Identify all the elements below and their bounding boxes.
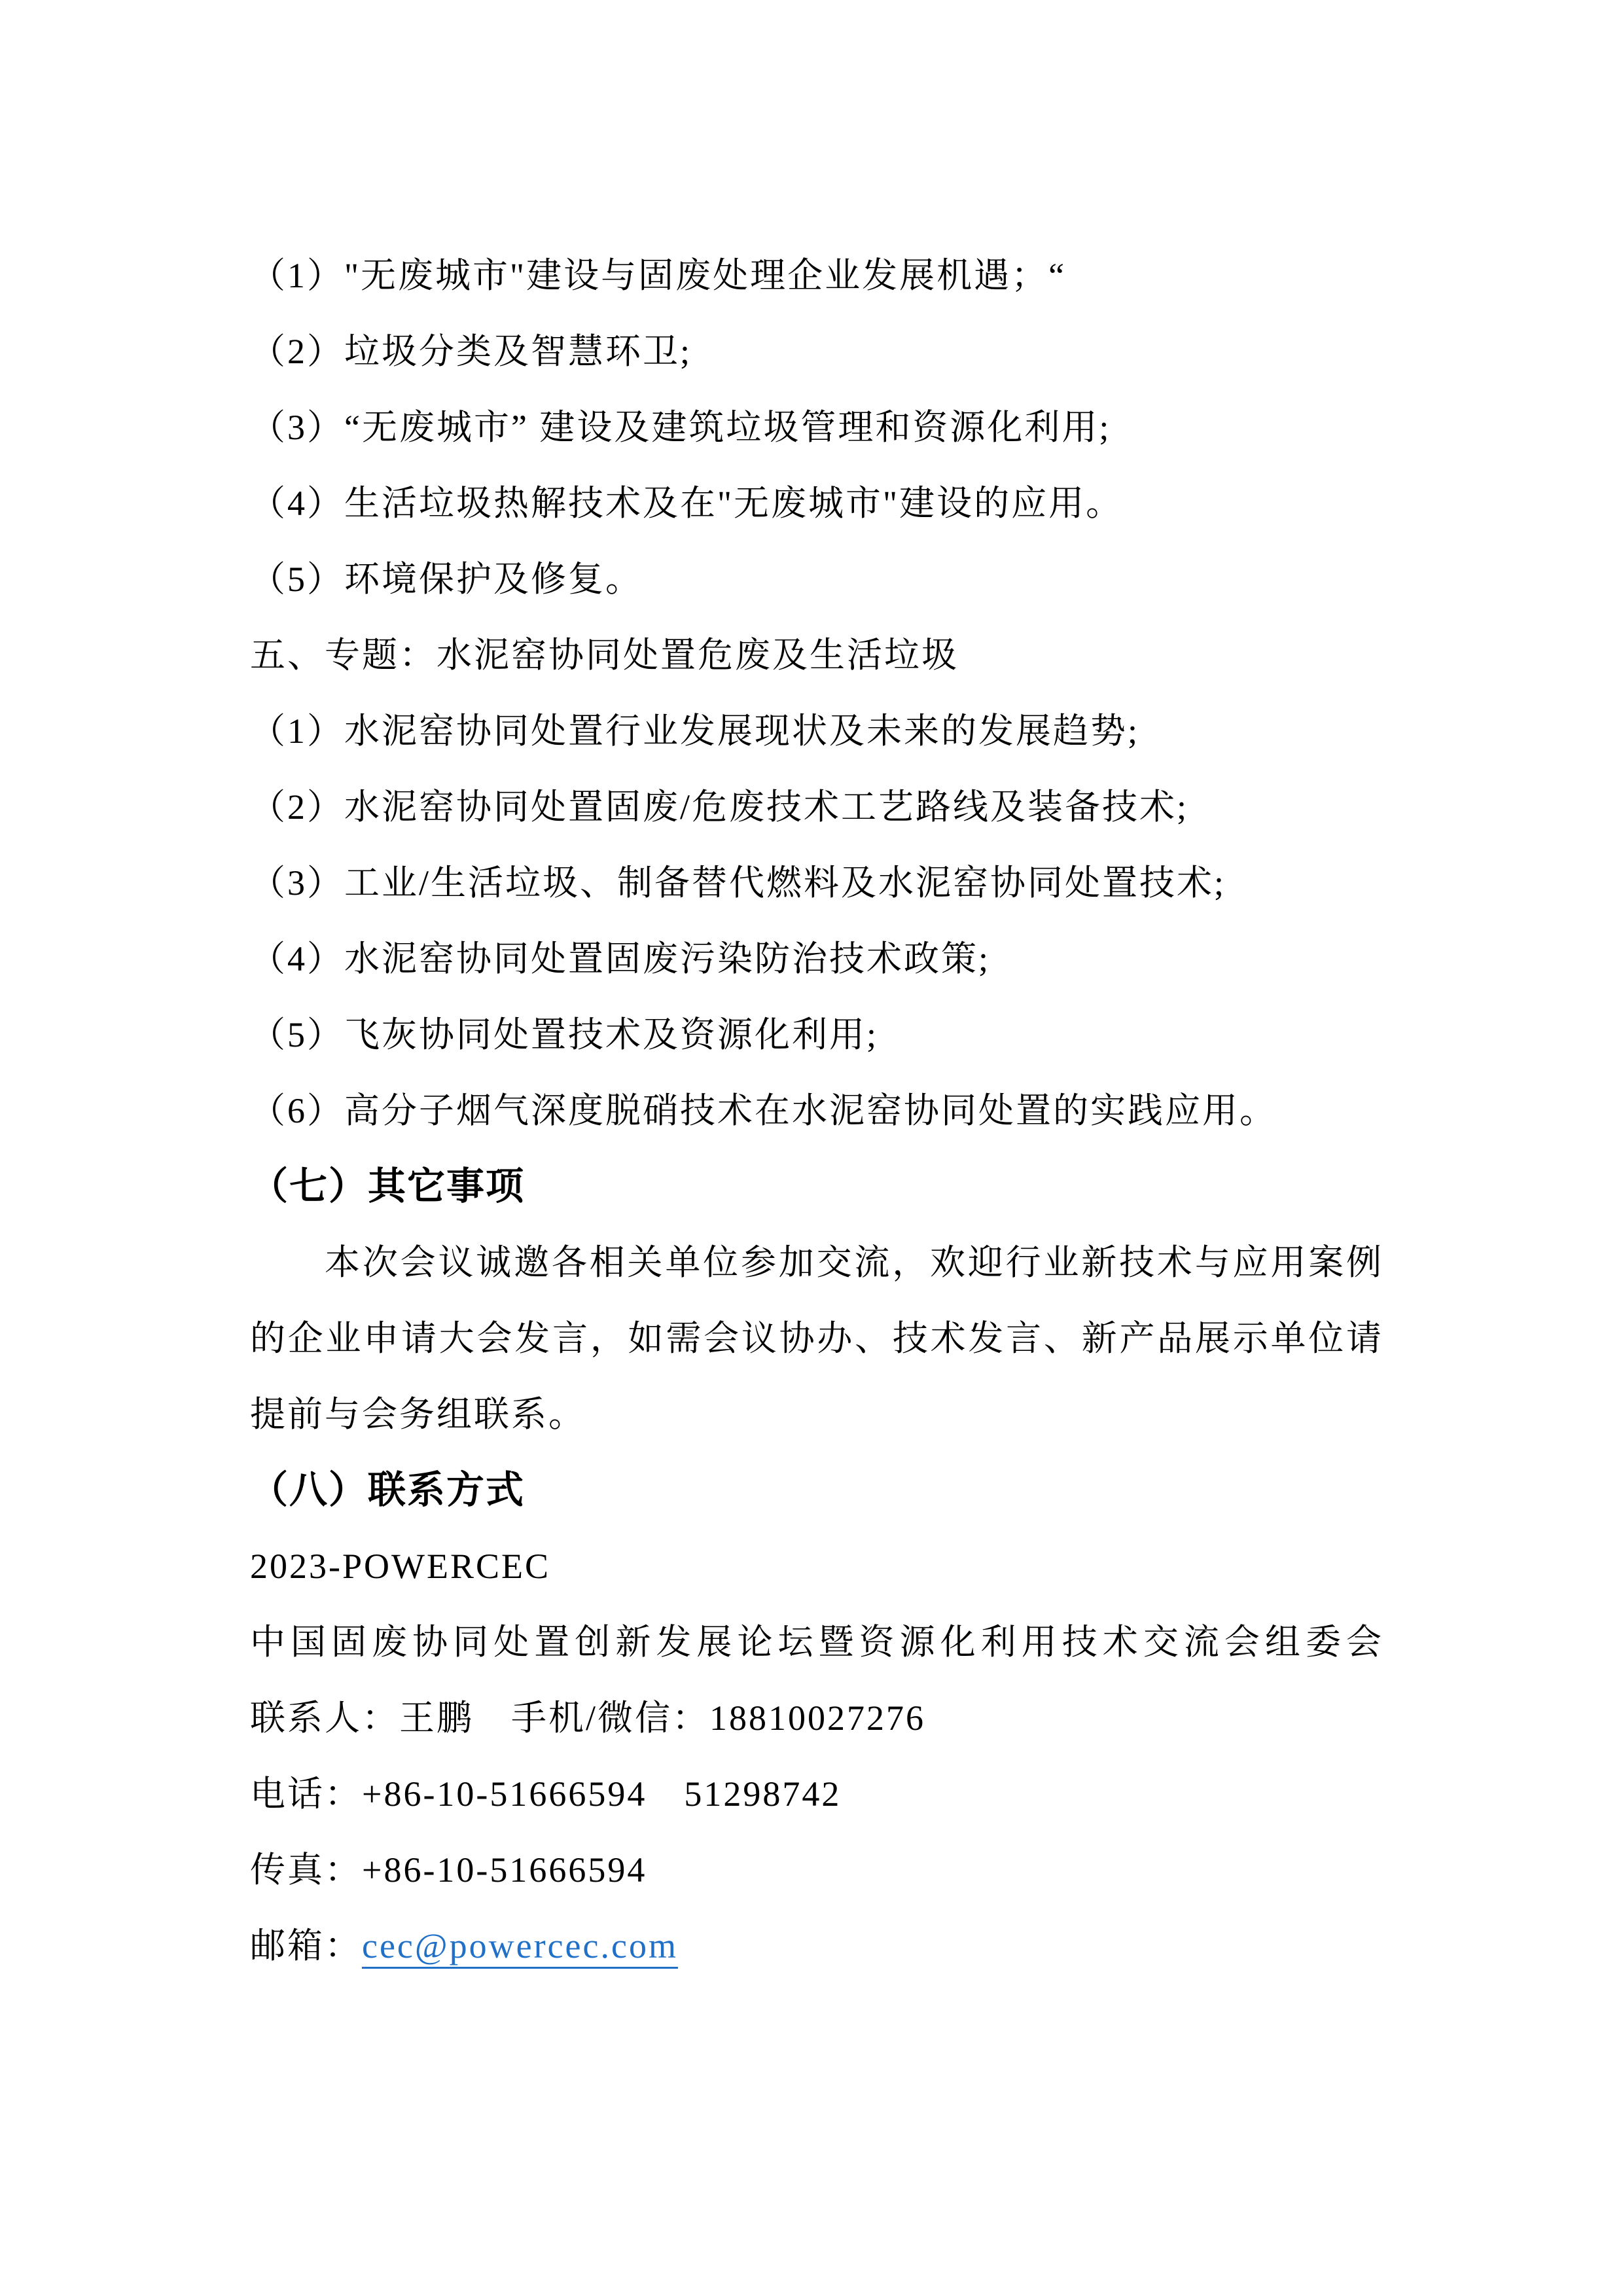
email-line: 邮箱：cec@powercec.com [250,1908,1383,1984]
committee-name-line: 中国固废协同处置创新发展论坛暨资源化利用技术交流会组委会 [250,1604,1383,1680]
topic-item: （1）水泥窑协同处置行业发展现状及未来的发展趋势; [250,693,1383,769]
paragraph-line: 的企业申请大会发言，如需会议协办、技术发言、新产品展示单位请 [250,1300,1383,1376]
paragraph-line: 本次会议诚邀各相关单位参加交流，欢迎行业新技术与应用案例 [250,1225,1383,1300]
topic-item: （4）生活垃圾热解技术及在"无废城市"建设的应用。 [250,465,1383,541]
email-label: 邮箱： [250,1926,362,1965]
topic-item: （2）垃圾分类及智慧环卫; [250,314,1383,389]
topic-item: （3）“无废城市” 建设及建筑垃圾管理和资源化利用; [250,389,1383,465]
org-code-line: 2023-POWERCEC [250,1528,1383,1604]
topic-item: （5）环境保护及修复。 [250,541,1383,617]
section-seven-heading: （七）其它事项 [250,1149,1383,1225]
section-five-title: 五、专题：水泥窑协同处置危废及生活垃圾 [250,617,1383,693]
paragraph-line: 提前与会务组联系。 [250,1376,1383,1452]
topic-item: （5）飞灰协同处置技术及资源化利用; [250,997,1383,1073]
section-eight-heading: （八）联系方式 [250,1452,1383,1528]
document-body: （1）"无废城市"建设与固废处理企业发展机遇；“ （2）垃圾分类及智慧环卫; （… [250,238,1383,1984]
topic-item: （3）工业/生活垃圾、制备替代燃料及水泥窑协同处置技术; [250,845,1383,921]
contact-person-line: 联系人：王鹏 手机/微信：18810027276 [250,1680,1383,1756]
email-link[interactable]: cec@powercec.com [362,1926,678,1965]
fax-line: 传真：+86-10-51666594 [250,1832,1383,1908]
topic-item: （4）水泥窑协同处置固废污染防治技术政策; [250,921,1383,997]
topic-item: （6）高分子烟气深度脱硝技术在水泥窑协同处置的实践应用。 [250,1073,1383,1149]
document-page: { "colors": { "page_bg": "#ffffff", "tex… [0,0,1623,2296]
topic-item: （1）"无废城市"建设与固废处理企业发展机遇；“ [250,238,1383,314]
topic-item: （2）水泥窑协同处置固废/危废技术工艺路线及装备技术; [250,769,1383,845]
phone-line: 电话：+86-10-51666594 51298742 [250,1756,1383,1832]
